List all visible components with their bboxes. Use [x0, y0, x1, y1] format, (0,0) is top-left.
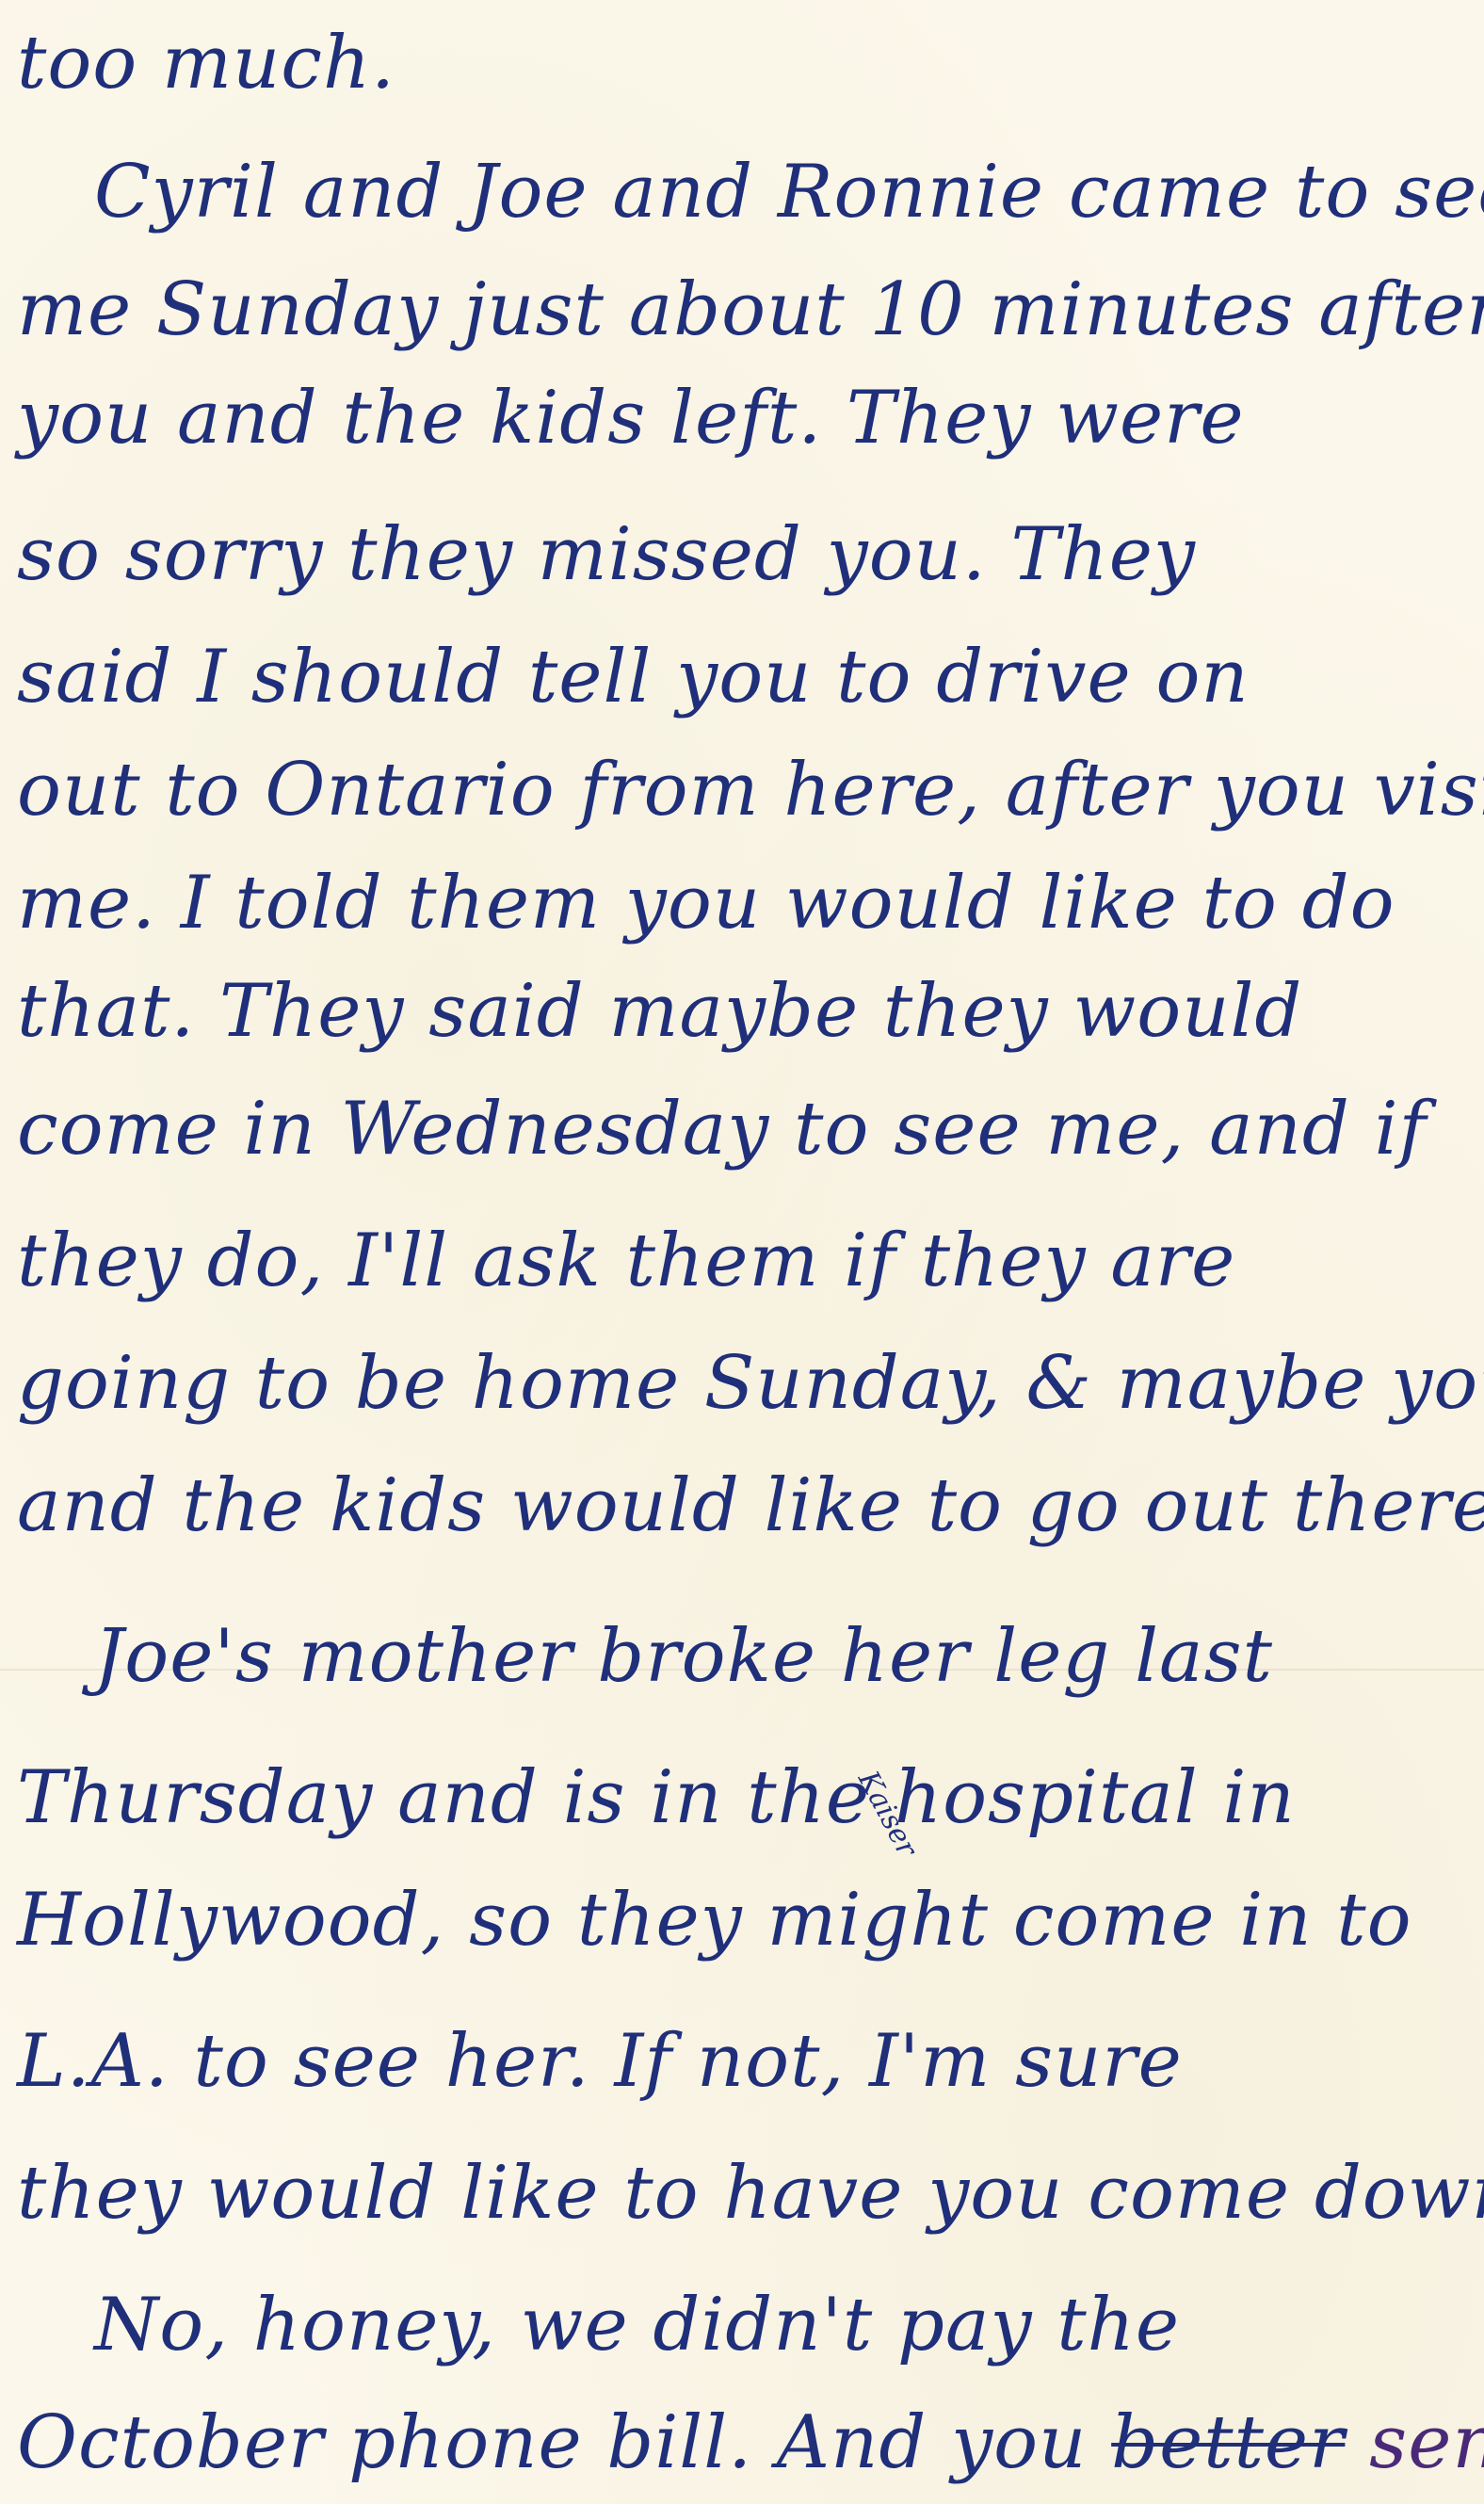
struck-word: better [1111, 2400, 1345, 2485]
letter-line-12: going to be home Sunday, & maybe you [17, 1347, 1484, 1420]
letter-line-20: October phone bill. And you better send [17, 2406, 1484, 2480]
letter-line-16: Hollywood, so they might come in to [17, 1883, 1412, 1957]
letter-line-17: L.A. to see her. If not, I'm sure [17, 2025, 1183, 2098]
letter-page: too much. Cyril and Joe and Ronnie came … [0, 0, 1484, 2504]
letter-line-7: out to Ontario from here, after you visi… [17, 753, 1484, 827]
letter-line-18: they would like to have you come down. [17, 2157, 1484, 2230]
letter-line-20-end: send [1369, 2400, 1484, 2485]
letter-line-15-start: Thursday and is in the [17, 1755, 870, 1840]
letter-line-4: you and the kids left. They were [17, 381, 1245, 455]
letter-line-15-end: hospital in [895, 1755, 1296, 1840]
letter-line-6: said I should tell you to drive on [17, 640, 1250, 714]
letter-line-5: so sorry they missed you. They [17, 518, 1196, 591]
letter-line-10: come in Wednesday to see me, and if [17, 1092, 1427, 1166]
letter-line-13: and the kids would like to go out there. [17, 1469, 1484, 1543]
letter-line-11: they do, I'll ask them if they are [17, 1224, 1235, 1298]
letter-line-20-start: October phone bill. And you [17, 2400, 1087, 2485]
letter-line-8: me. I told them you would like to do [17, 866, 1395, 940]
letter-line-19: No, honey, we didn't pay the [94, 2288, 1180, 2362]
letter-line-15: Thursday and is in the hospital in [17, 1761, 1296, 1834]
letter-line-14: Joe's mother broke her leg last [94, 1620, 1273, 1693]
letter-line-1: too much. [17, 26, 395, 100]
letter-line-2: Cyril and Joe and Ronnie came to see [94, 155, 1484, 229]
letter-line-9: that. They said maybe they would [17, 975, 1302, 1048]
letter-line-3: me Sunday just about 10 minutes after [17, 273, 1484, 347]
